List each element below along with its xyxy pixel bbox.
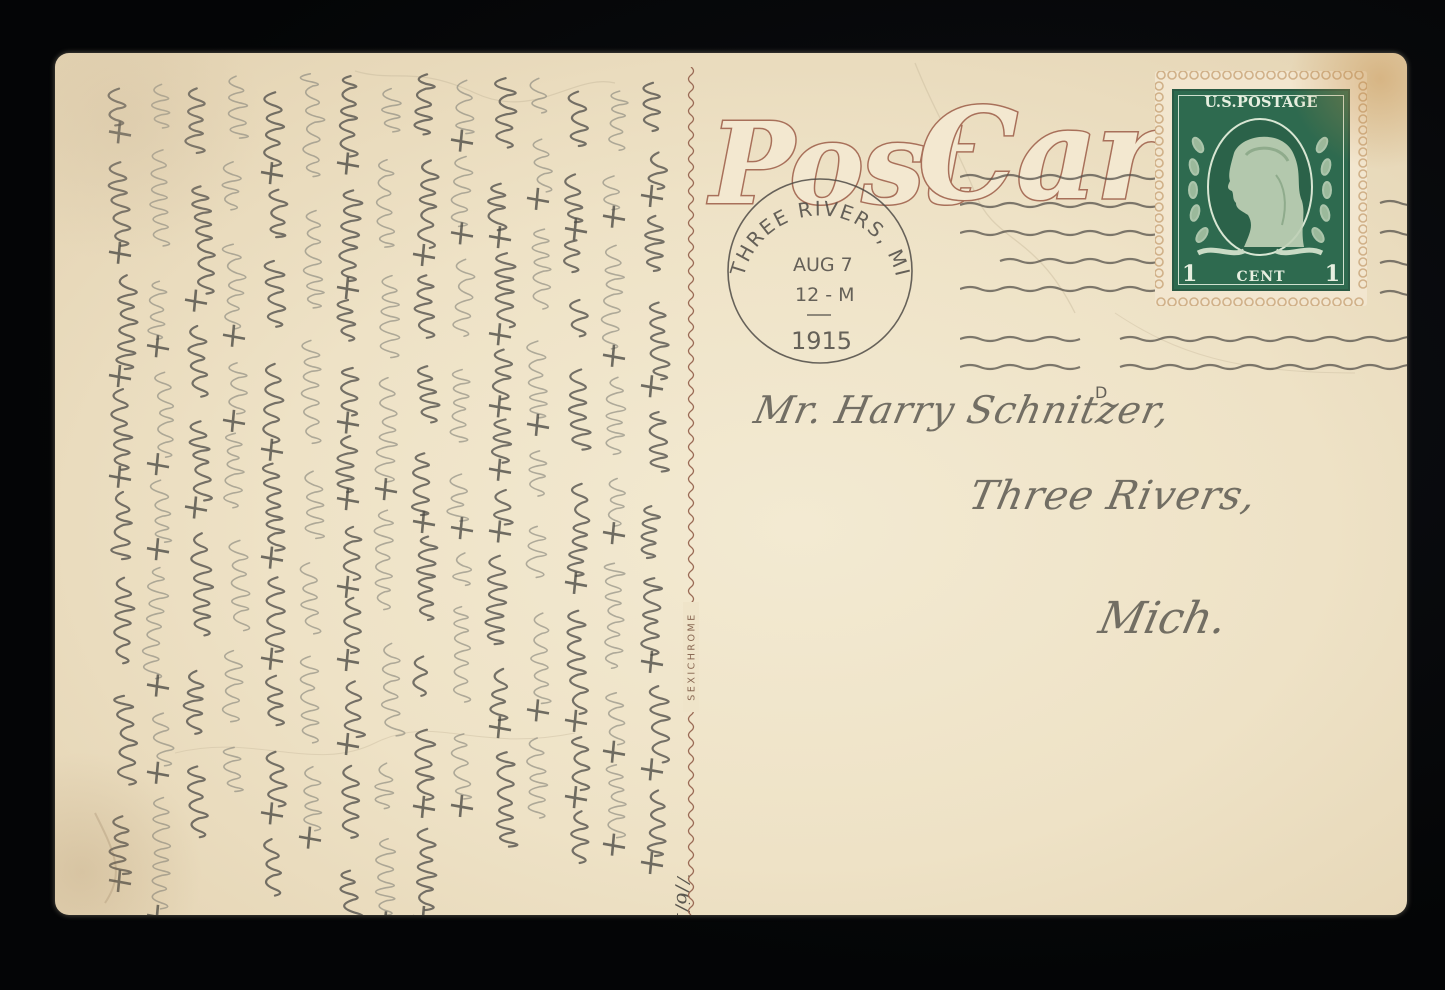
postcard: 7/6/15436 SEXICHROME Post Card THREE RIV…: [55, 53, 1407, 915]
washington-portrait-icon: [1184, 115, 1336, 265]
printer-brand-label: SEXICHROME: [685, 601, 699, 711]
address-city: Three Rivers,: [965, 473, 1261, 519]
postmark-time: 12 - M: [795, 284, 855, 306]
center-divider-line: [683, 67, 699, 915]
postmark-date: AUG 7: [793, 254, 853, 276]
address-state: Mich.: [1095, 593, 1232, 644]
postmark-circle: THREE RIVERS, MICH. AUG 7 12 - M 1915: [715, 163, 925, 373]
postage-stamp: U.S.POSTAGE: [1155, 71, 1367, 306]
stamp-denomination: 1 CENT 1: [1174, 261, 1348, 287]
handwritten-message: 7/6/15436: [55, 53, 690, 915]
stamp-country-text: U.S.POSTAGE: [1174, 94, 1348, 111]
cancel-letter: D: [1095, 383, 1107, 402]
postmark-year: 1915: [791, 327, 852, 355]
handwriting-strokes: 7/6/15436: [55, 53, 690, 915]
stamp-frame: U.S.POSTAGE: [1172, 89, 1350, 291]
